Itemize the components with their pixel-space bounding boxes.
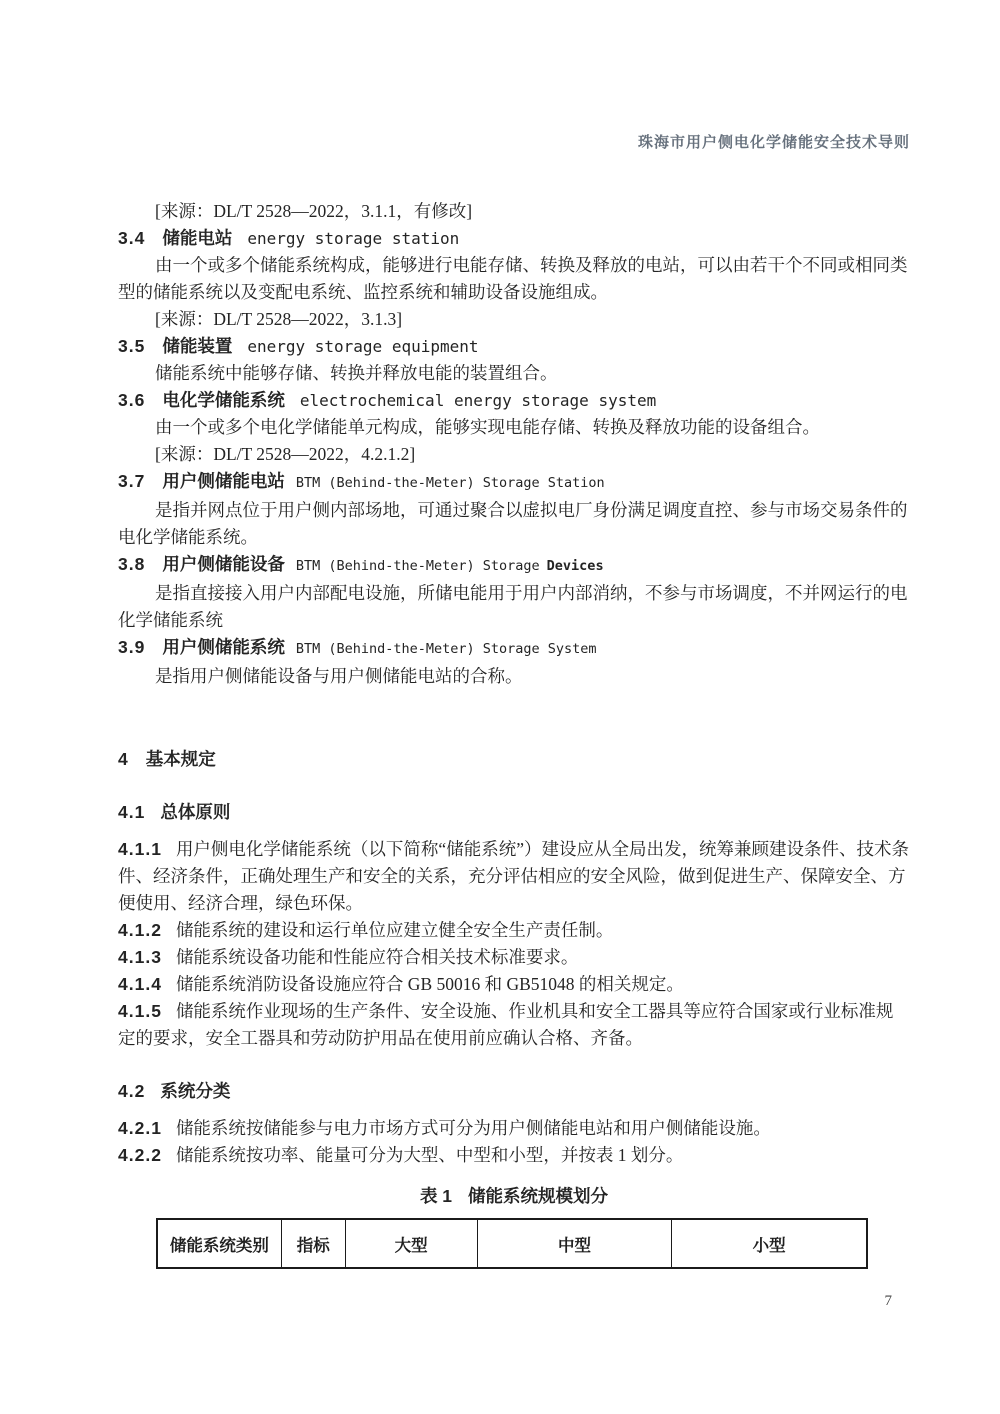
column-header-indicator: 指标	[281, 1219, 345, 1268]
table-1-energy-storage-scale: 储能系统类别 指标 大型 中型 小型	[156, 1218, 868, 1269]
term-zh: 用户侧储能电站	[162, 471, 285, 491]
chapter-heading: 4基本规定	[118, 746, 910, 773]
term-heading: 3.7用户侧储能电站BTM (Behind-the-Meter) Storage…	[118, 468, 910, 497]
table-caption-title: 储能系统规模划分	[468, 1186, 608, 1206]
term-3-4: 3.4储能电站energy storage station 由一个或多个储能系统…	[118, 225, 910, 333]
clause-text: 储能系统的建设和运行单位应建立健全安全生产责任制。	[176, 920, 614, 940]
clause-number: 4.1.2	[118, 920, 162, 940]
term-en: electrochemical energy storage system	[300, 391, 656, 410]
term-en: BTM (Behind-the-Meter) Storage	[296, 558, 540, 574]
term-number: 3.7	[118, 471, 145, 491]
running-header: 珠海市用户侧电化学储能安全技术导则	[118, 131, 910, 152]
term-3-9: 3.9用户侧储能系统BTM (Behind-the-Meter) Storage…	[118, 634, 910, 690]
section-number: 4.2	[118, 1081, 145, 1101]
table-header-row: 储能系统类别 指标 大型 中型 小型	[157, 1219, 867, 1268]
term-definition: 由一个或多个储能系统构成，能够进行电能存储、转换及释放的电站，可以由若干个不同或…	[118, 252, 910, 306]
term-definition: 是指用户侧储能设备与用户侧储能电站的合称。	[118, 663, 910, 690]
term-zh: 用户侧储能系统	[162, 637, 285, 657]
clause-number: 4.1.5	[118, 1001, 162, 1021]
term-3-8: 3.8用户侧储能设备BTM (Behind-the-Meter) Storage…	[118, 551, 910, 634]
clause-4-1-5: 4.1.5储能系统作业现场的生产条件、安全设施、作业机具和安全工器具等应符合国家…	[118, 998, 910, 1052]
term-zh: 用户侧储能设备	[162, 554, 285, 574]
term-number: 3.6	[118, 390, 145, 410]
header-title: 珠海市用户侧电化学储能安全技术导则	[638, 134, 910, 151]
page-number: 7	[885, 1293, 893, 1310]
clause-text: 储能系统作业现场的生产条件、安全设施、作业机具和安全工器具等应符合国家或行业标准…	[118, 1001, 893, 1048]
table-caption: 表 1储能系统规模划分	[118, 1183, 910, 1210]
term-definition: 由一个或多个电化学储能单元构成，能够实现电能存储、转换及释放功能的设备组合。	[118, 414, 910, 441]
source-reference: [来源：DL/T 2528—2022，3.1.1，有修改]	[118, 198, 910, 225]
term-zh: 电化学储能系统	[162, 390, 285, 410]
chapter-number: 4	[118, 749, 129, 769]
term-number: 3.9	[118, 637, 145, 657]
clause-4-1-3: 4.1.3储能系统设备功能和性能应符合相关技术标准要求。	[118, 944, 910, 971]
term-zh: 储能电站	[162, 228, 232, 248]
document-page: 珠海市用户侧电化学储能安全技术导则 [来源：DL/T 2528—2022，3.1…	[0, 0, 1000, 1414]
clause-number: 4.1.3	[118, 947, 162, 967]
column-header-small: 小型	[672, 1219, 867, 1268]
section-title: 总体原则	[160, 802, 230, 822]
clause-number: 4.2.2	[118, 1145, 162, 1165]
clause-text: 用户侧电化学储能系统（以下简称“储能系统”）建设应从全局出发，统筹兼顾建设条件、…	[118, 839, 909, 913]
table-caption-number: 表 1	[420, 1186, 452, 1206]
term-number: 3.4	[118, 228, 145, 248]
term-en: energy storage station	[247, 229, 459, 248]
term-3-6: 3.6电化学储能系统electrochemical energy storage…	[118, 387, 910, 468]
term-heading: 3.4储能电站energy storage station	[118, 225, 910, 252]
chapter-title: 基本规定	[146, 749, 216, 769]
clause-text: 储能系统设备功能和性能应符合相关技术标准要求。	[176, 947, 579, 967]
term-definition: 储能系统中能够存储、转换并释放电能的装置组合。	[118, 360, 910, 387]
document-body: [来源：DL/T 2528—2022，3.1.1，有修改] 3.4储能电站ene…	[118, 198, 910, 1269]
clause-text: 储能系统按储能参与电力市场方式可分为用户侧储能电站和用户侧储能设施。	[176, 1118, 771, 1138]
source-reference: [来源：DL/T 2528—2022，3.1.3]	[118, 306, 910, 333]
term-zh: 储能装置	[162, 336, 232, 356]
clause-text: 储能系统消防设备设施应符合 GB 50016 和 GB51048 的相关规定。	[176, 974, 684, 994]
clause-4-1-1: 4.1.1用户侧电化学储能系统（以下简称“储能系统”）建设应从全局出发，统筹兼顾…	[118, 836, 910, 917]
section-title: 系统分类	[160, 1081, 230, 1101]
term-en-bold: Devices	[547, 558, 604, 574]
clause-4-1-4: 4.1.4储能系统消防设备设施应符合 GB 50016 和 GB51048 的相…	[118, 971, 910, 998]
term-en: energy storage equipment	[247, 337, 478, 356]
term-3-5: 3.5储能装置energy storage equipment 储能系统中能够存…	[118, 333, 910, 387]
term-heading: 3.8用户侧储能设备BTM (Behind-the-Meter) Storage…	[118, 551, 910, 580]
section-heading-4-2: 4.2系统分类	[118, 1078, 910, 1105]
clause-4-1-2: 4.1.2储能系统的建设和运行单位应建立健全安全生产责任制。	[118, 917, 910, 944]
clause-text: 储能系统按功率、能量可分为大型、中型和小型，并按表 1 划分。	[176, 1145, 684, 1165]
clause-4-2-2: 4.2.2储能系统按功率、能量可分为大型、中型和小型，并按表 1 划分。	[118, 1142, 910, 1169]
term-number: 3.8	[118, 554, 145, 574]
clause-4-2-1: 4.2.1储能系统按储能参与电力市场方式可分为用户侧储能电站和用户侧储能设施。	[118, 1115, 910, 1142]
section-number: 4.1	[118, 802, 145, 822]
column-header-medium: 中型	[477, 1219, 672, 1268]
term-number: 3.5	[118, 336, 145, 356]
term-en: BTM (Behind-the-Meter) Storage Station	[296, 475, 605, 491]
clause-number: 4.1.1	[118, 839, 162, 859]
term-heading: 3.6电化学储能系统electrochemical energy storage…	[118, 387, 910, 414]
term-definition: 是指并网点位于用户侧内部场地，可通过聚合以虚拟电厂身份满足调度直控、参与市场交易…	[118, 497, 910, 551]
clause-number: 4.1.4	[118, 974, 162, 994]
column-header-large: 大型	[345, 1219, 477, 1268]
clause-number: 4.2.1	[118, 1118, 162, 1138]
term-definition: 是指直接接入用户内部配电设施，所储电能用于用户内部消纳，不参与市场调度，不并网运…	[118, 580, 910, 634]
term-heading: 3.9用户侧储能系统BTM (Behind-the-Meter) Storage…	[118, 634, 910, 663]
term-3-7: 3.7用户侧储能电站BTM (Behind-the-Meter) Storage…	[118, 468, 910, 551]
column-header-category: 储能系统类别	[157, 1219, 281, 1268]
source-reference: [来源：DL/T 2528—2022，4.2.1.2]	[118, 441, 910, 468]
section-heading-4-1: 4.1总体原则	[118, 799, 910, 826]
term-en: BTM (Behind-the-Meter) Storage System	[296, 641, 597, 657]
term-heading: 3.5储能装置energy storage equipment	[118, 333, 910, 360]
